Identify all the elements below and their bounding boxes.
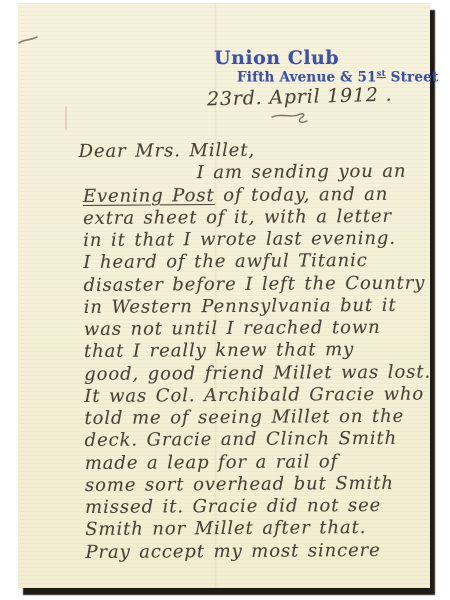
letter-body: Dear Mrs. Millet, I am sending you an Ev… [17,139,432,565]
letter-line: I am sending you an [17,161,429,186]
letter-line: Smith nor Millet after that. [19,517,431,542]
letter-line: that I really knew that my [18,339,430,364]
letter-line-text: made a leap for a rail of [85,451,339,474]
letter-line-text: missed it. Gracie did not see [85,495,381,518]
letter-line-text: deck. Gracie and Clinch Smith [85,428,398,451]
letter-line-text: It was Col. Archibald Gracie who [84,383,424,406]
letter-line-text: of today, and an [214,183,388,205]
letter-line: in Western Pennsylvania but it [18,294,430,319]
letterhead-address-ordinal: st [377,69,386,79]
letter-line: Evening Post of today, and an [17,183,429,208]
letter-line: made a leap for a rail of [19,450,431,475]
letter-line: was not until I reached town [18,317,430,342]
letter-line-text: extra sheet of it, with a letter [83,206,392,229]
letterhead-address: Fifth Avenue & 51st Street [237,69,438,86]
letter-line-text: good, good friend Millet was lost. [84,361,431,384]
letter-line-text: was not until I reached town [84,317,381,340]
letter-line: in it that I wrote last evening. [17,228,429,253]
letter-line: some sort overhead but Smith [19,472,431,497]
letterhead-address-suffix: Street [386,70,439,86]
letter-line: It was Col. Archibald Gracie who [18,383,430,408]
salutation: Dear Mrs. Millet, [17,139,429,164]
letter-line-text: Smith nor Millet after that. [85,517,366,540]
letter-line: Pray accept my most sincere [19,539,431,564]
letter-line-text: disaster before I left the Country [83,272,425,295]
paper-stain [65,106,67,130]
letter-line: disaster before I left the Country [17,272,429,297]
letter-line-text: some sort overhead but Smith [85,473,394,496]
letter-line: told me of seeing Millet on the [18,406,430,431]
flourish-mark [270,108,318,126]
letter-line: good, good friend Millet was lost. [18,361,430,386]
letter-line-text: I heard of the awful Titanic [83,250,367,273]
letterhead-club-name: Union Club [214,47,339,69]
letter-page: Union Club Fifth Avenue & 51st Street 23… [18,3,430,588]
letterhead-address-prefix: Fifth Avenue & 51 [237,70,377,86]
letter-line: missed it. Gracie did not see [19,495,431,520]
letter-line: I heard of the awful Titanic [17,250,429,275]
letter-line-text: that I really knew that my [84,339,354,362]
letter-line-text: in Western Pennsylvania but it [84,295,397,318]
underlined-phrase: Evening Post [83,185,215,207]
letter-line-text: I am sending you an [197,161,407,183]
letter-line: extra sheet of it, with a letter [17,205,429,230]
letter-line: deck. Gracie and Clinch Smith [19,428,431,453]
ink-smudge [18,36,40,46]
date-line: 23rd. April 1912 . [207,84,393,111]
letter-line-text: Pray accept my most sincere [85,539,380,562]
letter-line-text: told me of seeing Millet on the [84,406,404,429]
letter-line-text: in it that I wrote last evening. [83,228,396,251]
scan-background: Union Club Fifth Avenue & 51st Street 23… [0,0,450,600]
